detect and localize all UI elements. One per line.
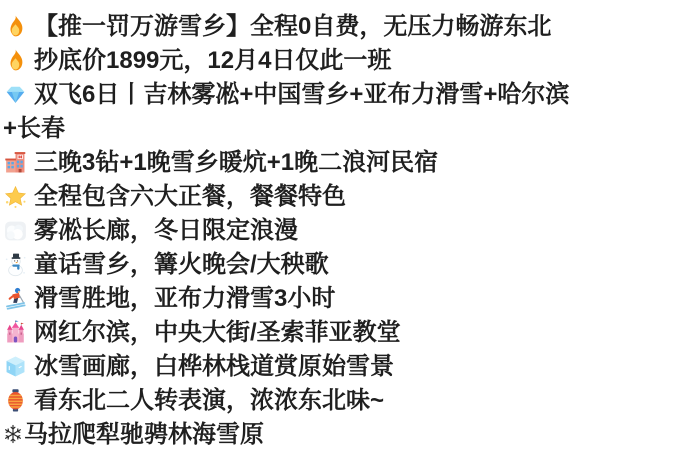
ice-cube-icon (3, 354, 28, 379)
list-item: 全程包含六大正餐，餐餐特色 (3, 180, 660, 214)
list-item: 冰雪画廊，白桦林栈道赏原始雪景 (3, 350, 660, 384)
list-item: 网红尔滨，中央大街/圣索菲亚教堂 (3, 316, 660, 350)
tour-highlights-page: 【推一罚万游雪乡】全程0自费，无压力畅游东北 抄底价1899元，12月4日仅此一… (0, 0, 678, 470)
fire-icon (3, 48, 28, 73)
glowing-star-icon (3, 184, 28, 209)
snowman-icon (3, 252, 28, 277)
list-item: 抄底价1899元，12月4日仅此一班 (3, 44, 660, 78)
lantern-icon (3, 388, 28, 413)
list-item: 马拉爬犁驰骋林海雪原 (3, 418, 660, 452)
hotel-icon (3, 150, 28, 175)
list-item-text: 网红尔滨，中央大街/圣索菲亚教堂 (34, 319, 401, 346)
list-item: 【推一罚万游雪乡】全程0自费，无压力畅游东北 (3, 10, 660, 44)
list-item: 看东北二人转表演，浓浓东北味~ (3, 384, 660, 418)
list-item-text: 抄底价1899元，12月4日仅此一班 (34, 47, 391, 74)
snowflake-icon (3, 424, 23, 444)
list-item-text: 雾凇长廊，冬日限定浪漫 (34, 217, 298, 244)
fire-icon (3, 14, 28, 39)
list-item: 雾凇长廊，冬日限定浪漫 (3, 214, 660, 248)
list-item-text: 全程包含六大正餐，餐餐特色 (34, 183, 346, 210)
gem-icon (3, 82, 28, 107)
list-item-text: +长春 (3, 115, 65, 142)
list-item-text: 双飞6日丨吉林雾凇+中国雪乡+亚布力滑雪+哈尔滨 (34, 81, 569, 108)
list-item-wrap-continuation: +长春 (3, 112, 660, 146)
list-item-text: 马拉爬犁驰骋林海雪原 (24, 421, 264, 448)
list-item: 滑雪胜地，亚布力滑雪3小时 (3, 282, 660, 316)
skier-icon (3, 286, 28, 311)
list-item: 童话雪乡，篝火晚会/大秧歌 (3, 248, 660, 282)
castle-icon (3, 320, 28, 345)
list-item-text: 【推一罚万游雪乡】全程0自费，无压力畅游东北 (34, 13, 551, 40)
list-item-text: 三晚3钻+1晚雪乡暖炕+1晚二浪河民宿 (34, 149, 438, 176)
fog-icon (3, 218, 28, 243)
list-item: 三晚3钻+1晚雪乡暖炕+1晚二浪河民宿 (3, 146, 660, 180)
list-item-text: 童话雪乡，篝火晚会/大秧歌 (34, 251, 329, 278)
list-item-text: 看东北二人转表演，浓浓东北味~ (34, 387, 384, 414)
list-item: 双飞6日丨吉林雾凇+中国雪乡+亚布力滑雪+哈尔滨 (3, 78, 660, 112)
list-item-text: 滑雪胜地，亚布力滑雪3小时 (34, 285, 335, 312)
list-item-text: 冰雪画廊，白桦林栈道赏原始雪景 (34, 353, 394, 380)
